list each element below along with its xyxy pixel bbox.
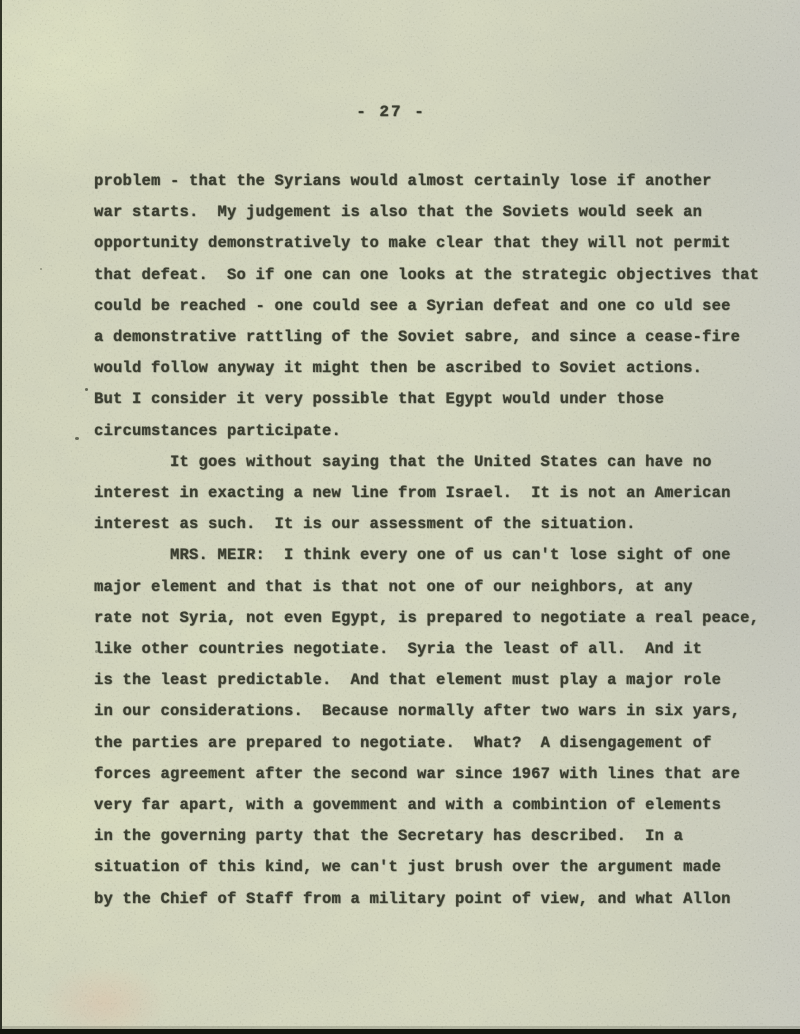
- text-line: by the Chief of Staff from a military po…: [94, 884, 759, 915]
- text-line: the parties are prepared to negotiate. W…: [94, 728, 759, 759]
- text-line: that defeat. So if one can one looks at …: [94, 260, 759, 291]
- scan-bottom-edge: [0, 1029, 800, 1034]
- paragraph: MRS. MEIR: I think every one of us can't…: [94, 540, 759, 914]
- text-line: in the governing party that the Secretar…: [94, 821, 759, 852]
- text-line: forces agreement after the second war si…: [94, 759, 759, 790]
- text-line: would follow anyway it might then be asc…: [94, 353, 759, 384]
- text-line: interest in exacting a new line from Isr…: [94, 478, 759, 509]
- text-line: major element and that is that not one o…: [94, 572, 759, 603]
- text-line: rate not Syria, not even Egypt, is prepa…: [94, 603, 759, 634]
- text-line: circumstances participate.: [94, 416, 759, 447]
- scanned-document-page: - 27 - problem - that the Syrians would …: [0, 0, 800, 1034]
- document-body: problem - that the Syrians would almost …: [94, 166, 759, 915]
- paragraph: problem - that the Syrians would almost …: [94, 166, 759, 447]
- text-line: But I consider it very possible that Egy…: [94, 384, 759, 415]
- text-line: a demonstrative rattling of the Soviet s…: [94, 322, 759, 353]
- text-line: in our considerations. Because normally …: [94, 696, 759, 727]
- scan-speck: [40, 268, 42, 270]
- text-line: like other countries negotiate. Syria th…: [94, 634, 759, 665]
- text-line: very far apart, with a govemment and wit…: [94, 790, 759, 821]
- text-line: is the least predictable. And that eleme…: [94, 665, 759, 696]
- text-line: interest as such. It is our assessment o…: [94, 509, 759, 540]
- paragraph: It goes without saying that the United S…: [94, 447, 759, 541]
- page-number: - 27 -: [0, 103, 782, 121]
- scan-speck: [75, 437, 79, 440]
- text-line: problem - that the Syrians would almost …: [94, 166, 759, 197]
- scan-speck: [95, 650, 98, 653]
- text-line: situation of this kind, we can't just br…: [94, 852, 759, 883]
- scan-speck: [85, 388, 88, 391]
- text-line: opportunity demonstratively to make clea…: [94, 228, 759, 259]
- text-line: could be reached - one could see a Syria…: [94, 291, 759, 322]
- text-line: It goes without saying that the United S…: [94, 447, 759, 478]
- scan-left-edge: [0, 0, 2, 1034]
- text-line: MRS. MEIR: I think every one of us can't…: [94, 540, 759, 571]
- text-line: war starts. My judgement is also that th…: [94, 197, 759, 228]
